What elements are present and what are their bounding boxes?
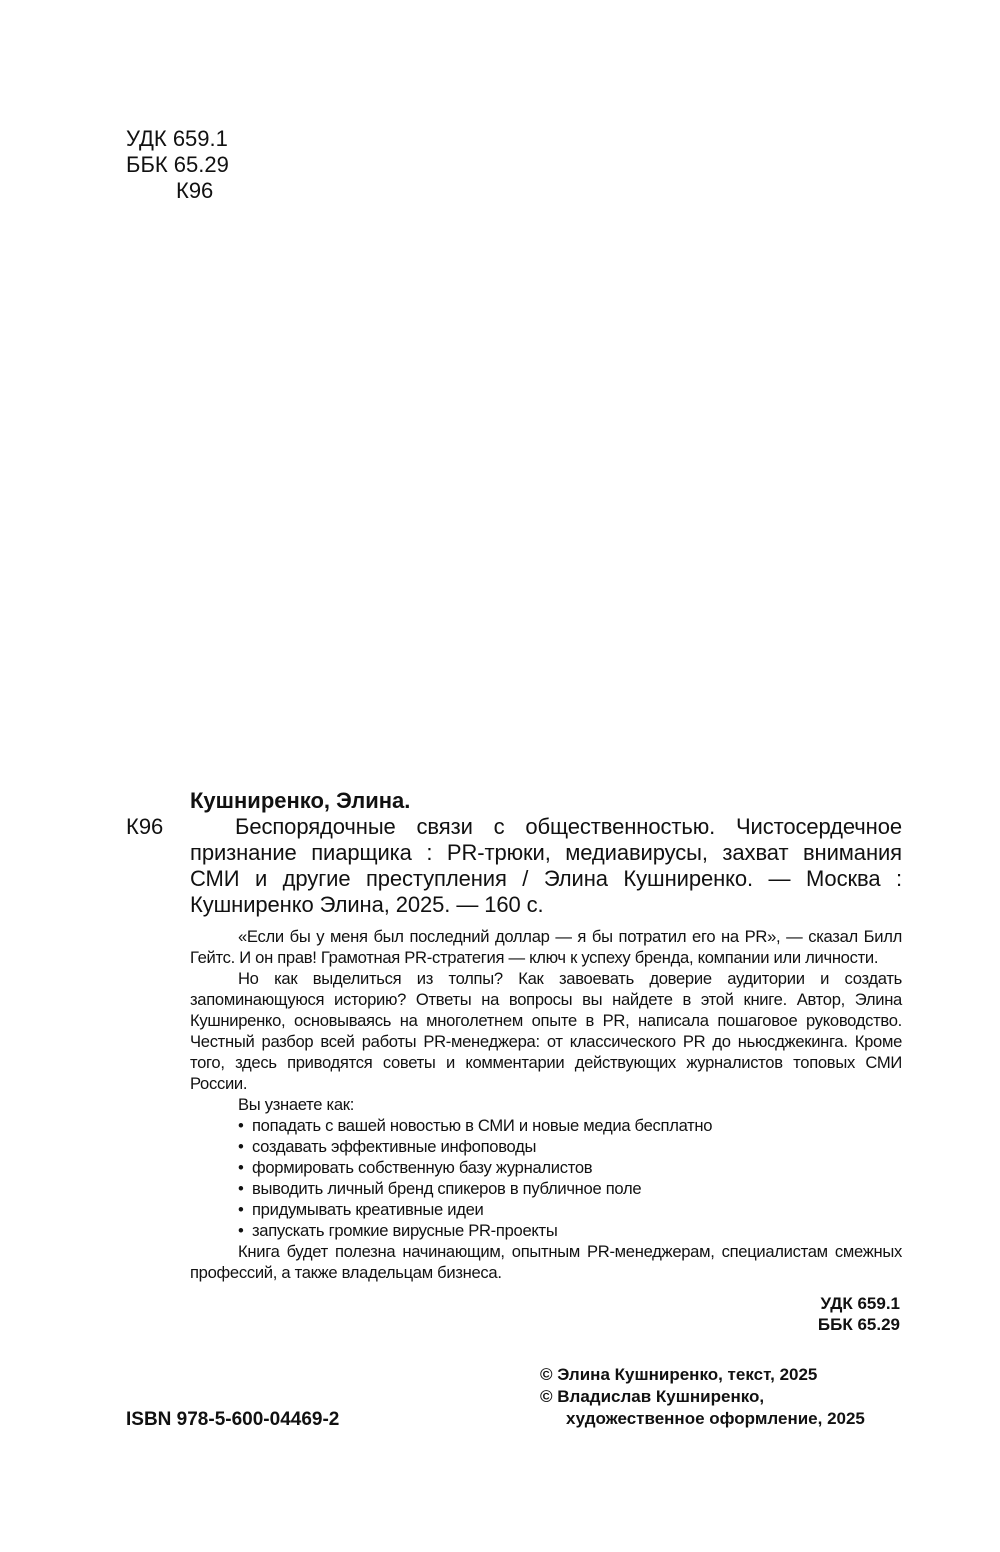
copyright-design-role: художественное оформление, 2025 bbox=[540, 1408, 865, 1430]
bullet-icon: • bbox=[238, 1115, 252, 1136]
copyright-text: © Элина Кушниренко, текст, 2025 bbox=[540, 1364, 865, 1386]
copyright-design: © Владислав Кушниренко, bbox=[540, 1386, 865, 1408]
list-item: •придумывать креативные идеи bbox=[238, 1199, 902, 1220]
isbn: ISBN 978-5-600-04469-2 bbox=[126, 1408, 339, 1432]
copyright-block: © Элина Кушниренко, текст, 2025 © Владис… bbox=[540, 1364, 865, 1430]
list-item: •выводить личный бренд спикеров в публич… bbox=[238, 1178, 902, 1199]
top-classification-codes: УДК 659.1 ББК 65.29 К96 bbox=[126, 126, 229, 204]
list-item: •попадать с вашей новостью в СМИ и новые… bbox=[238, 1115, 902, 1136]
list-item: •создавать эффективные инфоповоды bbox=[238, 1136, 902, 1157]
card-bbk-code: ББК 65.29 bbox=[190, 1314, 900, 1335]
bullet-icon: • bbox=[238, 1178, 252, 1199]
bbk-code: ББК 65.29 bbox=[126, 152, 229, 178]
list-intro: Вы узнаете как: bbox=[190, 1094, 902, 1115]
author-mark: К96 bbox=[126, 178, 229, 204]
bullet-icon: • bbox=[238, 1220, 252, 1241]
card-title-block: Беспорядочные связи с общественностью. Ч… bbox=[190, 814, 902, 918]
card-author-mark: К96 bbox=[126, 814, 163, 840]
annotation-paragraph-1: «Если бы у меня был последний доллар — я… bbox=[190, 926, 902, 968]
bullet-icon: • bbox=[238, 1136, 252, 1157]
bullet-icon: • bbox=[238, 1157, 252, 1178]
card-author: Кушниренко, Элина. bbox=[190, 788, 902, 814]
card-classification-codes: УДК 659.1 ББК 65.29 bbox=[190, 1293, 902, 1335]
annotation: «Если бы у меня был последний доллар — я… bbox=[190, 926, 902, 1283]
annotation-paragraph-2: Но как выделиться из толпы? Как завоеват… bbox=[190, 968, 902, 1094]
bullet-icon: • bbox=[238, 1199, 252, 1220]
udk-code: УДК 659.1 bbox=[126, 126, 229, 152]
list-item: •запускать громкие вирусные PR-проекты bbox=[238, 1220, 902, 1241]
list-item: •формировать собственную базу журналисто… bbox=[238, 1157, 902, 1178]
card-udk-code: УДК 659.1 bbox=[190, 1293, 900, 1314]
benefits-list: •попадать с вашей новостью в СМИ и новые… bbox=[190, 1115, 902, 1241]
annotation-paragraph-3: Книга будет полезна начинающим, опытным … bbox=[190, 1241, 902, 1283]
catalog-card: Кушниренко, Элина. Беспорядочные связи с… bbox=[190, 788, 902, 1335]
